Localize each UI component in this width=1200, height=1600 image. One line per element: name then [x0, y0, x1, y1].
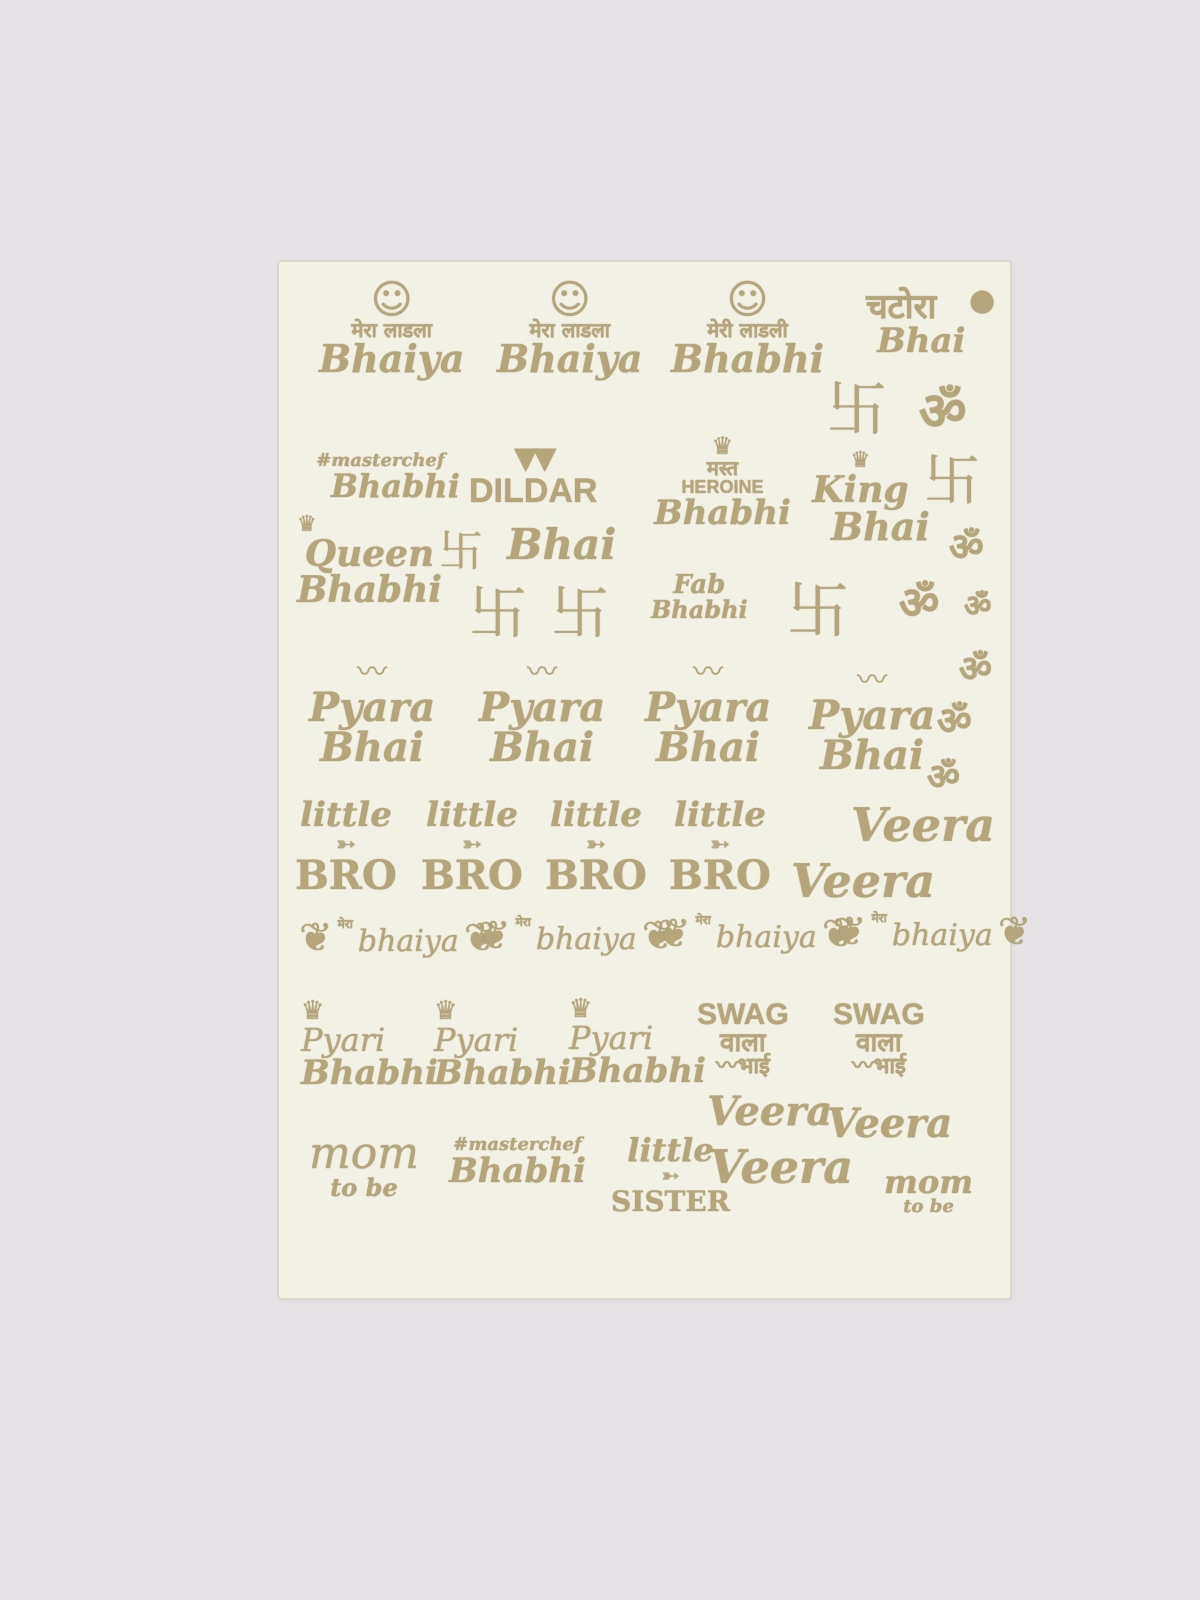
sticker-mera-bhaiya-2: ❦ मेरा bhaiya ❦ [477, 916, 675, 956]
sticker-main-text: BRO [295, 856, 397, 896]
sticker-little-bro-2: little ➳ BRO [421, 798, 523, 896]
sticker-main-text: bhaiya [716, 920, 817, 955]
hat-icon: ● [969, 286, 995, 316]
sticker-sheet: ☺ मेरा लाडला Bhaiya ☺ मेरा लाडला Bhaiya … [279, 262, 1010, 1298]
sticker-top-text: little [421, 798, 523, 832]
sticker-top-text: Pyari [569, 1022, 706, 1054]
sticker-masterchef-bhabhi-1: #masterchef Bhabhi [301, 452, 460, 502]
sticker-top-text: मेरा [516, 915, 531, 929]
leaf-icon: ❦ [657, 911, 691, 957]
sticker-meri-ladli-bhabhi: ☺ मेरी लाडली Bhabhi [671, 280, 824, 378]
sticker-bhai: Bhai [507, 524, 616, 566]
swastik-icon: 卐 [439, 530, 483, 574]
leaf-icon: ❦ [998, 909, 1032, 955]
sticker-top-text: little [295, 798, 397, 832]
sticker-top-text: Pyari [301, 1024, 438, 1056]
sticker-main-text: भाई [738, 1054, 770, 1079]
smiley-icon: ☺ [497, 280, 643, 320]
sticker-main-text: Bhai [809, 736, 935, 776]
sticker-little-bro-1: little ➳ BRO [295, 798, 397, 896]
sticker-main-text: Bhabhi [449, 1154, 586, 1188]
om-icon: ॐ [959, 652, 992, 688]
sticker-pyari-bhabhi-3: ♛ Pyari Bhabhi [569, 996, 706, 1088]
sticker-veera-2: Veera [791, 858, 935, 904]
smiley-icon: ☺ [671, 280, 824, 320]
sticker-dildar: ▼▼ DILDAR [469, 444, 597, 508]
sticker-mera-ladla-bhaiya-2: ☺ मेरा लाडला Bhaiya [497, 280, 643, 378]
sticker-main-text: Bhabhi [301, 1056, 438, 1090]
sticker-top-text: little [669, 798, 771, 832]
sticker-main-text: bhaiya [892, 918, 993, 953]
sticker-masterchef-bhabhi-2: #masterchef Bhabhi [449, 1136, 586, 1188]
om-icon: ॐ [937, 702, 972, 740]
sticker-king-bhai: ♛ King Bhai [791, 450, 930, 546]
sticker-pyari-bhabhi-1: ♛ Pyari Bhabhi [301, 998, 438, 1090]
sticker-top-text: Pyara [809, 696, 935, 736]
sticker-top-text: Pyara [645, 688, 771, 728]
sticker-pyara-bhai-3: 〰 Pyara Bhai [645, 658, 771, 768]
mustache-icon: 〰 [852, 1054, 874, 1079]
sticker-main-text: Bhai [309, 728, 435, 768]
sticker-swag-wala-bhai-2: SWAG वाला 〰भाई [833, 1000, 925, 1078]
sticker-main-text: mom [884, 1166, 973, 1198]
sticker-sub-text: to be [309, 1176, 419, 1200]
sticker-main-text: Bhabhi [434, 1056, 571, 1090]
sticker-main-text: Bhai [645, 728, 771, 768]
crown-icon: ♛ [654, 434, 791, 458]
sticker-mom-to-be-2: mom to be [884, 1166, 973, 1216]
sticker-pyara-bhai-1: 〰 Pyara Bhai [309, 658, 435, 768]
sticker-main-text: Bhai [877, 324, 965, 358]
sticker-main-text: Bhaiya [497, 340, 643, 378]
sticker-main-text: bhaiya [536, 922, 637, 957]
sticker-top-text: मेरा [872, 911, 887, 925]
swastik-icon: 卐 [827, 380, 887, 440]
mustache-icon: 〰 [716, 1054, 738, 1079]
sticker-main-text: Queen [297, 536, 442, 572]
sticker-top-text: Pyara [309, 688, 435, 728]
sticker-pyara-bhai-2: 〰 Pyara Bhai [479, 658, 605, 768]
sticker-veera-3: Veera [707, 1092, 832, 1132]
swastik-icon: 卐 [787, 580, 849, 642]
sticker-mid-text: वाला [833, 1030, 925, 1056]
sticker-top-text: SWAG [697, 1000, 789, 1030]
sticker-sub-text: Bhabhi [651, 598, 748, 622]
sticker-top-text: चटोरा [837, 290, 965, 324]
sticker-veera-4: Veera [827, 1104, 952, 1144]
sticker-veera-5: Veera [709, 1144, 853, 1190]
sticker-mom-to-be-1: mom to be [309, 1132, 419, 1200]
sticker-little-bro-3: little ➳ BRO [545, 798, 647, 896]
sticker-main-text: DILDAR [469, 474, 597, 508]
sticker-main-text: mom [309, 1132, 419, 1176]
sticker-main-text: Bhabhi [671, 340, 824, 378]
sticker-sub-text: Bhabhi [297, 572, 442, 608]
sticker-main-text: bhaiya [358, 924, 459, 959]
sticker-main-text: BRO [545, 856, 647, 896]
sticker-pyari-bhabhi-2: ♛ Pyari Bhabhi [434, 998, 571, 1090]
sticker-main-text: King [791, 472, 930, 508]
sticker-main-text: Bhabhi [654, 496, 791, 530]
swastik-icon: 卐 [924, 454, 980, 510]
sticker-main-text: BRO [421, 856, 523, 896]
sticker-chatora-bhai: चटोरा Bhai [837, 290, 965, 358]
sticker-top-text: Pyara [479, 688, 605, 728]
om-icon: ॐ [949, 528, 984, 566]
sticker-mast-heroine-bhabhi: ♛ मस्त HEROINE Bhabhi [654, 434, 791, 530]
sticker-top-text: मस्त [654, 458, 791, 478]
om-icon: ॐ [899, 582, 939, 626]
sticker-swag-wala-bhai-1: SWAG वाला 〰भाई [697, 1000, 789, 1078]
sticker-main-text: Bhabhi [569, 1054, 706, 1088]
sticker-main-text: Bhai [479, 728, 605, 768]
leaf-icon: ❦ [477, 913, 511, 959]
swastik-icon: 卐 [469, 584, 527, 642]
om-icon: ॐ [919, 386, 966, 438]
sunglasses-icon: ▼▼ [469, 444, 597, 474]
sticker-main-text: भाई [874, 1054, 906, 1079]
sticker-top-text: Pyari [434, 1024, 571, 1056]
sticker-queen-bhabhi: ♛ Queen Bhabhi [297, 514, 442, 608]
leaf-icon: ❦ [299, 915, 333, 961]
leaf-icon: ❦ [833, 909, 867, 955]
sticker-top-text: SWAG [833, 1000, 925, 1030]
sticker-top-text: मेरा [696, 913, 711, 927]
sticker-little-bro-4: little ➳ BRO [669, 798, 771, 896]
swastik-icon: 卐 [551, 584, 609, 642]
sticker-mera-bhaiya-1: ❦ मेरा bhaiya ❦ [299, 918, 497, 958]
om-icon: ॐ [964, 592, 991, 622]
sticker-veera-1: Veera [851, 802, 995, 848]
sticker-fab-bhabhi: Fab Bhabhi [651, 572, 748, 622]
smiley-icon: ☺ [319, 280, 465, 320]
sticker-main-text: BRO [669, 856, 771, 896]
sticker-main-text: Bhai [831, 508, 930, 546]
sticker-mera-ladla-bhaiya-1: ☺ मेरा लाडला Bhaiya [319, 280, 465, 378]
sticker-main-text: Bhabhi [331, 470, 460, 502]
sticker-pyara-bhai-4: 〰 Pyara Bhai [809, 666, 935, 776]
sticker-top-text: मेरा [338, 917, 353, 931]
sticker-mera-bhaiya-3: ❦ मेरा bhaiya ❦ [657, 914, 855, 954]
sticker-top-text: little [545, 798, 647, 832]
sticker-mera-bhaiya-4: ❦ मेरा bhaiya ❦ [833, 912, 1031, 952]
sticker-main-text: Bhaiya [319, 340, 465, 378]
sticker-mid-text: वाला [697, 1030, 789, 1056]
